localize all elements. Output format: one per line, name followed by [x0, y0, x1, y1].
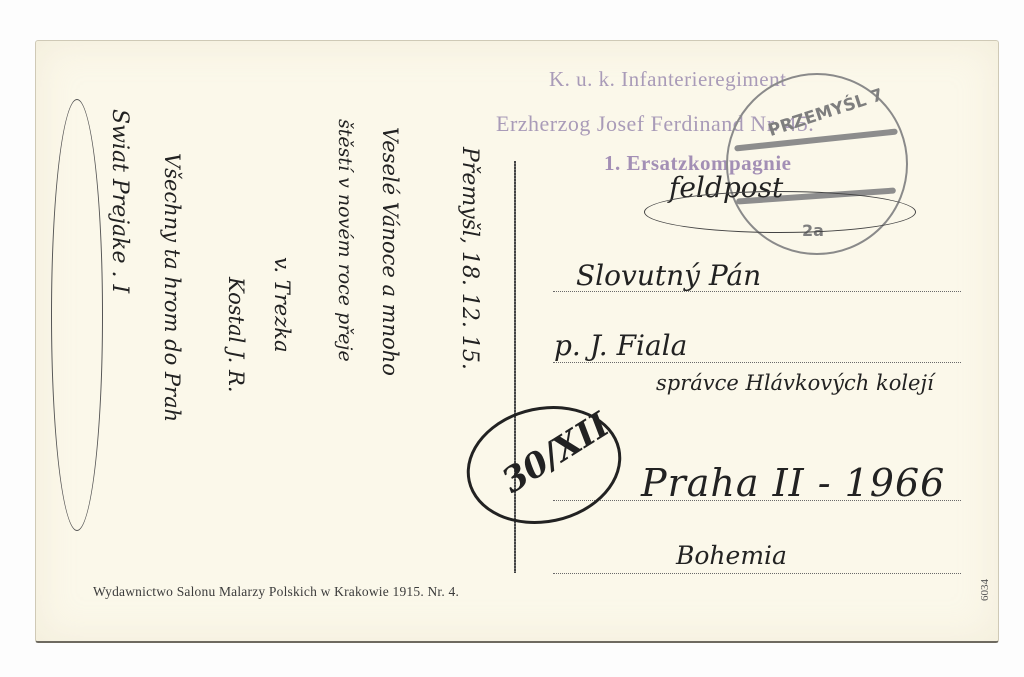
message-line-1: Veselé Vánoce a mnoho [378, 127, 402, 376]
address-line-2: p. J. Fiala [554, 329, 687, 362]
address-line-5: Bohemia [676, 541, 787, 570]
oval-date-text: 30/XII [495, 405, 616, 501]
message-line-2: štěstí v novém roce přeje [334, 119, 356, 362]
address-dotline-3 [553, 500, 961, 501]
message-line-4: Kostal J. R. [224, 277, 248, 393]
address-dotline-1 [553, 291, 961, 292]
feldpost-flourish [644, 191, 916, 233]
message-line-6: Swiat Prejake . I [107, 109, 132, 293]
regiment-stamp-line1: K. u. k. Infanterieregiment [549, 67, 786, 92]
message-line-5: Všechny ta hrom do Prah [160, 153, 184, 422]
message-date-line: Přemyšl, 18. 12. 15. [457, 147, 482, 370]
publisher-line: Wydawnictwo Salonu Malarzy Polskich w Kr… [93, 584, 459, 600]
address-line-1: Slovutný Pán [576, 259, 761, 292]
address-dotline-2 [553, 362, 961, 363]
postcard: Swiat Prejake . I Všechny ta hrom do Pra… [35, 40, 999, 643]
oval-date-mark: 30/XII [456, 392, 633, 538]
address-dotline-4 [553, 573, 961, 574]
flourish-loop [51, 99, 103, 531]
card-number: 6034 [979, 579, 991, 601]
address-line-4: Praha II - 1966 [641, 461, 945, 505]
message-line-3: v. Trezka [270, 257, 294, 353]
postmark-bar-top [734, 128, 898, 151]
address-line-3: správce Hlávkových kolejí [656, 371, 934, 395]
